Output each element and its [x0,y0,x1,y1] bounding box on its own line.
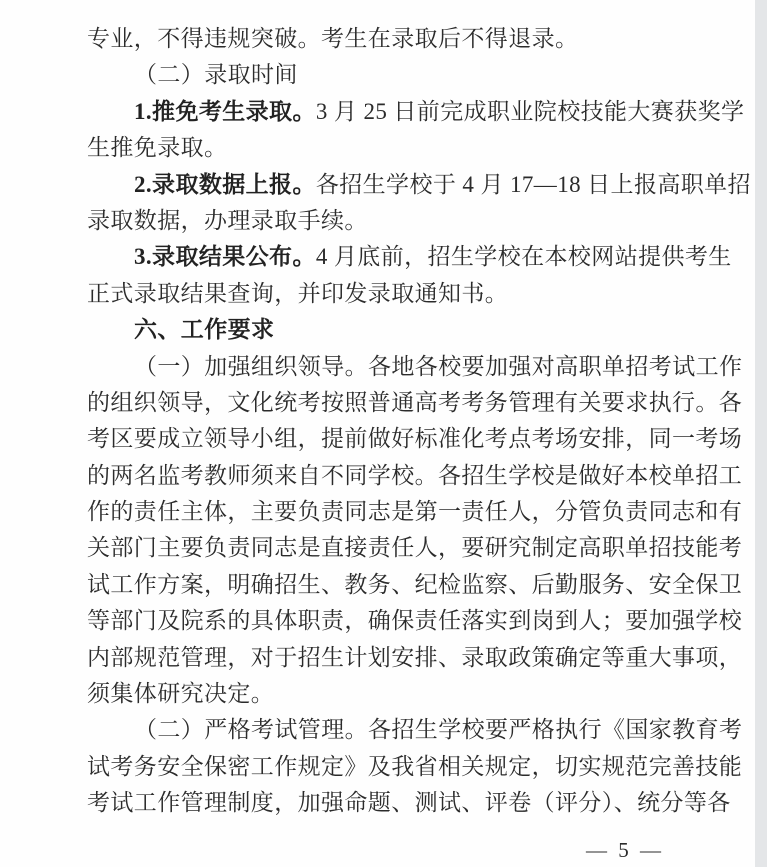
text-segment: 作的责任主体，主要负责同志是第一责任人，分管负责同志和有 [87,499,742,524]
text-segment-bold: 2.录取数据上报。 [134,172,316,197]
text-line: 专业，不得违规突破。考生在录取后不得退录。 [87,21,747,57]
text-line: （二）录取时间 [87,57,747,93]
text-segment: 试工作方案，明确招生、教务、纪检监察、后勤服务、安全保卫 [87,572,742,597]
text-segment: 关部门主要负责同志是直接责任人，要研究制定高职单招技能考 [87,535,742,560]
text-segment: 录取数据，办理录取手续。 [87,208,368,233]
text-segment: 考区要成立领导小组，提前做好标准化考点考场安排，同一考场 [87,426,742,451]
text-segment: 须集体研究决定。 [87,681,274,706]
document-page: 专业，不得违规突破。考生在录取后不得退录。（二）录取时间1.推免考生录取。3 月… [0,0,767,867]
text-segment: 正式录取结果查询，并印发录取通知书。 [87,281,508,306]
text-line: 正式录取结果查询，并印发录取通知书。 [87,276,747,312]
page-number: — 5 — [586,838,664,862]
text-line: 考试工作管理制度，加强命题、测试、评卷（评分）、统分等各 [87,785,747,821]
text-block: 专业，不得违规突破。考生在录取后不得退录。（二）录取时间1.推免考生录取。3 月… [87,21,747,822]
text-line: 关部门主要负责同志是直接责任人，要研究制定高职单招技能考 [87,530,747,566]
scan-edge-artifact [755,0,767,867]
text-line: 生推免录取。 [87,130,747,166]
text-line: 的两名监考教师须来自不同学校。各招生学校是做好本校单招工 [87,458,747,494]
text-line: 六、工作要求 [87,312,747,348]
text-segment: （二）严格考试管理。各招生学校要严格执行《国家教育考 [134,717,742,742]
text-segment-bold: 3.录取结果公布。 [134,244,316,269]
text-segment: 的组织领导，文化统考按照普通高考考务管理有关要求执行。各 [87,390,742,415]
text-line: （二）严格考试管理。各招生学校要严格执行《国家教育考 [87,712,747,748]
text-segment: （二）录取时间 [134,62,298,87]
text-segment: 4 月底前，招生学校在本校网站提供考生 [316,244,732,269]
text-segment: 专业，不得违规突破。考生在录取后不得退录。 [87,26,578,51]
text-segment-bold: 六、工作要求 [134,317,274,342]
text-line: 1.推免考生录取。3 月 25 日前完成职业院校技能大赛获奖学 [87,94,747,130]
text-segment: 各招生学校于 4 月 17—18 日上报高职单招 [316,172,751,197]
text-segment: 内部规范管理，对于招生计划安排、录取政策确定等重大事项， [87,645,742,670]
text-line: 内部规范管理，对于招生计划安排、录取政策确定等重大事项， [87,640,747,676]
text-segment-bold: 1.推免考生录取。 [134,99,316,124]
text-segment: （一）加强组织领导。各地各校要加强对高职单招考试工作 [134,354,742,379]
text-segment: 的两名监考教师须来自不同学校。各招生学校是做好本校单招工 [87,463,742,488]
text-line: 试考务安全保密工作规定》及我省相关规定，切实规范完善技能 [87,749,747,785]
text-segment: 生推免录取。 [87,135,227,160]
text-line: 作的责任主体，主要负责同志是第一责任人，分管负责同志和有 [87,494,747,530]
text-line: 2.录取数据上报。各招生学校于 4 月 17—18 日上报高职单招 [87,167,747,203]
text-line: 录取数据，办理录取手续。 [87,203,747,239]
text-segment: 等部门及院系的具体职责，确保责任落实到岗到人；要加强学校 [87,608,742,633]
text-segment: 考试工作管理制度，加强命题、测试、评卷（评分）、统分等各 [87,790,731,815]
text-line: 试工作方案，明确招生、教务、纪检监察、后勤服务、安全保卫 [87,567,747,603]
text-line: 须集体研究决定。 [87,676,747,712]
text-line: 等部门及院系的具体职责，确保责任落实到岗到人；要加强学校 [87,603,747,639]
text-line: 的组织领导，文化统考按照普通高考考务管理有关要求执行。各 [87,385,747,421]
text-segment: 3 月 25 日前完成职业院校技能大赛获奖学 [316,99,745,124]
text-line: 3.录取结果公布。4 月底前，招生学校在本校网站提供考生 [87,239,747,275]
text-line: 考区要成立领导小组，提前做好标准化考点考场安排，同一考场 [87,421,747,457]
text-segment: 试考务安全保密工作规定》及我省相关规定，切实规范完善技能 [87,754,742,779]
text-line: （一）加强组织领导。各地各校要加强对高职单招考试工作 [87,349,747,385]
